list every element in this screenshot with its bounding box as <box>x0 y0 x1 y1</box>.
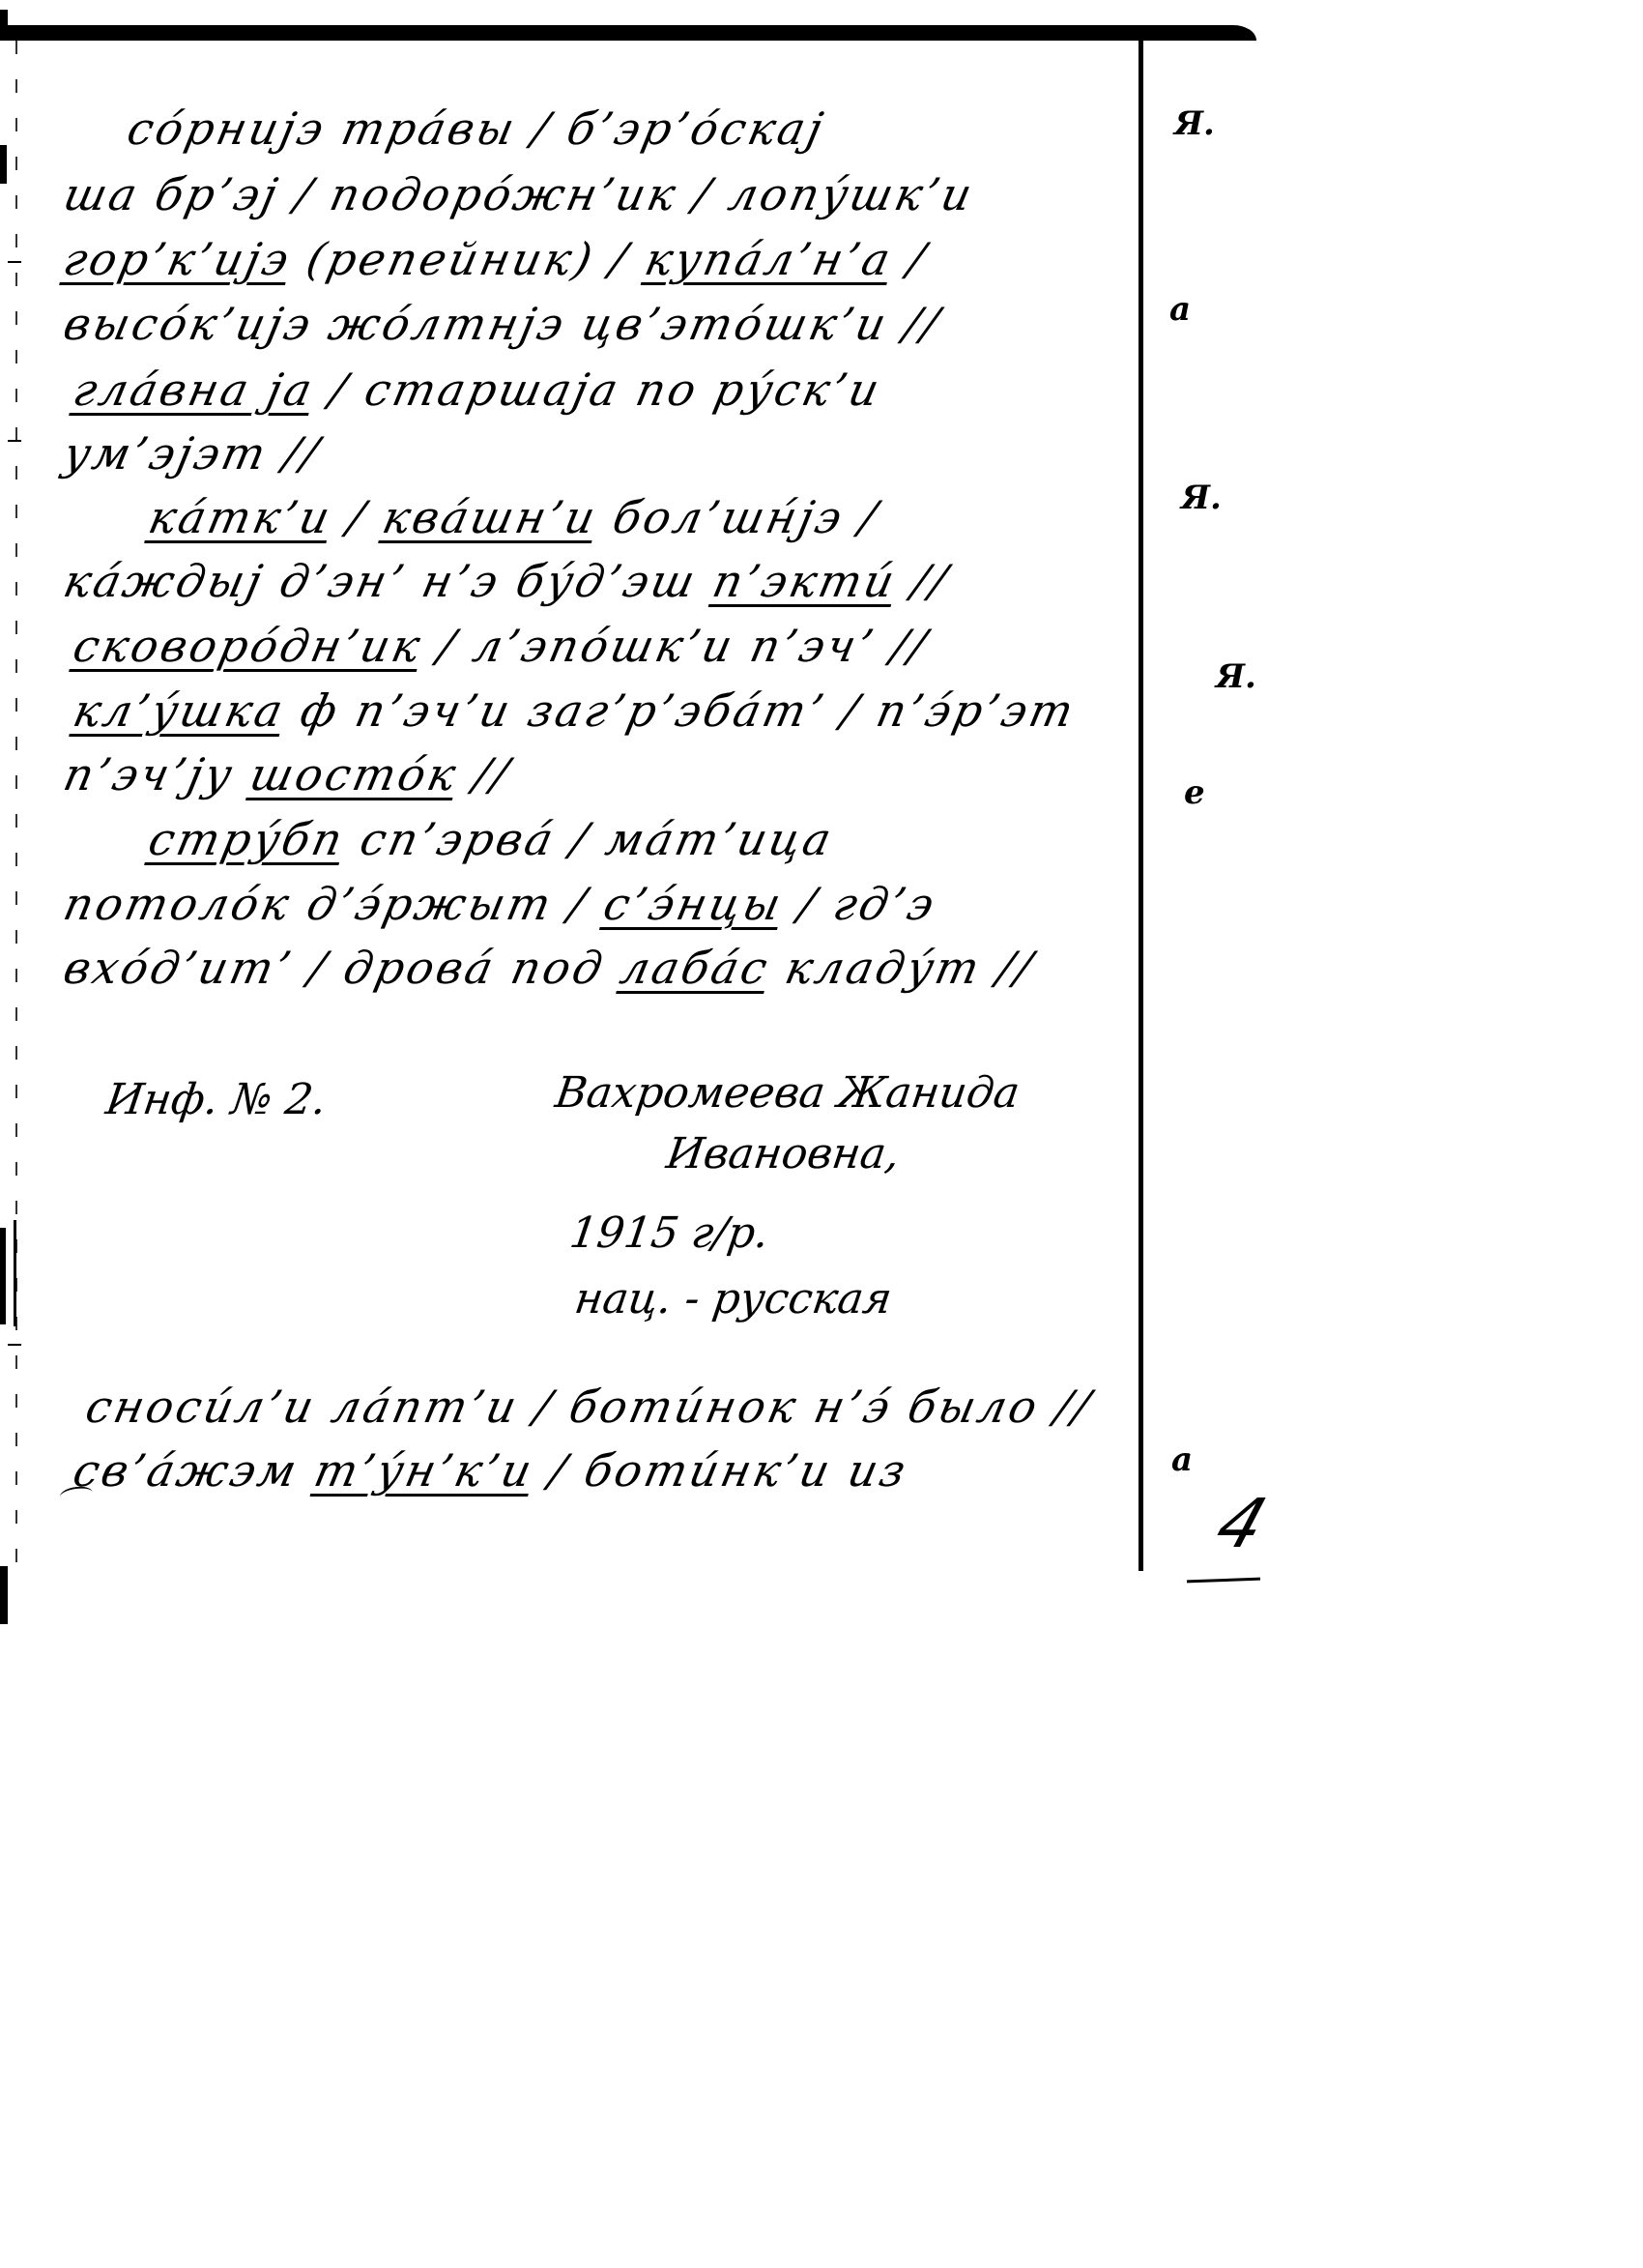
line-text: со́рнијэ тра́вы / б’эр’о́скаj <box>123 102 830 155</box>
scan-edge-mark <box>0 145 7 184</box>
line-text: сп’эрва́ / ма́т’ица <box>338 813 838 865</box>
underlined-term: кл’у́шка <box>69 684 290 737</box>
line-text: ум’эjэт // <box>59 427 326 480</box>
scan-tick <box>8 1344 21 1346</box>
underlined-term: купа́л’н’а <box>641 233 898 285</box>
informant-name-line1: Вахромеева Жанида <box>552 1068 1023 1118</box>
transcript-line: гла́вна ja / старшаjа по ру́ск’и <box>70 367 885 412</box>
scan-tick <box>8 261 21 263</box>
margin-mark: е <box>1184 773 1205 812</box>
right-margin-rule <box>1139 39 1143 1571</box>
margin-mark: а <box>1171 1440 1193 1479</box>
underlined-term: шосто́к <box>245 748 463 800</box>
underlined-term: ка́тк’и <box>144 491 337 543</box>
line-text: // <box>890 555 954 607</box>
line-text: (репейник) / <box>285 233 651 285</box>
line-text: сноси́л’и ла́пт’и / боти́нок н’э́ было /… <box>81 1381 1097 1433</box>
line-text: кладу́т // <box>764 942 1039 994</box>
transcript-line: сноси́л’и ла́пт’и / боти́нок н’э́ было /… <box>82 1384 1097 1429</box>
informant-nationality: нац. - русская <box>571 1274 895 1323</box>
transcript-line: кл’у́шка ф п’эч’и заг’р’эба́т’ / п’э́р’э… <box>70 688 1080 733</box>
tilde-mark <box>59 1485 94 1505</box>
line-text: / боти́нк’и из <box>528 1444 913 1497</box>
transcript-line: со́рнијэ тра́вы / б’эр’о́скаj <box>124 106 829 151</box>
scan-edge-mark <box>14 1220 16 1326</box>
transcript-line: сковоро́дн’ик / л’эпо́шк’и п’эч’ // <box>70 624 933 668</box>
transcript-line: вхо́д’ит’ / дрова́ под лаба́с кладу́т // <box>60 945 1039 990</box>
informant-label: Инф. № 2. <box>102 1075 330 1124</box>
line-text: ка́ждыj д’эн’ н’э бу́д’эш <box>59 555 719 607</box>
line-text: / гд’э <box>777 878 941 930</box>
line-text: бол’шн́jэ / <box>591 491 884 543</box>
line-text: / старшаjа по ру́ск’и <box>308 363 886 416</box>
line-text: св’а́жэм <box>69 1444 321 1497</box>
underlined-term: п’экти́ <box>708 555 902 607</box>
page-number-underline <box>1187 1578 1260 1584</box>
transcript-line: ка́тк’и / ква́шн’и бол’шн́jэ / <box>145 495 883 539</box>
informant-birth-year: 1915 г/р. <box>566 1208 771 1258</box>
line-text: / л’эпо́шк’и п’эч’ // <box>417 620 934 672</box>
margin-mark: а <box>1169 290 1191 329</box>
underlined-term: гла́вна ja <box>69 363 319 416</box>
line-text: потоло́к д’э́ржыт / <box>59 878 610 930</box>
underlined-term: лаба́с <box>616 942 774 994</box>
underlined-term: ква́шн’и <box>378 491 602 543</box>
scanned-page: со́рнијэ тра́вы / б’эр’о́скаj ша бр’эj /… <box>0 0 1643 2268</box>
underlined-term: с’э́нцы <box>599 878 788 930</box>
transcript-line: св’а́жэм т’у́н’к’и / боти́нк’и из <box>70 1448 912 1493</box>
margin-mark: Я. <box>1216 657 1256 696</box>
transcript-line: п’эч’jу шосто́к // <box>60 752 515 797</box>
line-text: // <box>452 748 516 800</box>
margin-mark: Я. <box>1181 479 1222 517</box>
line-text: высо́к’иjэ жо́лтнjэ цв’это́шк’и // <box>59 298 946 350</box>
line-text: вхо́д’ит’ / дрова́ под <box>59 942 626 994</box>
underlined-term: т’у́н’к’и <box>310 1444 539 1497</box>
underlined-term: сковоро́дн’ик <box>69 620 427 672</box>
transcript-line: ум’эjэт // <box>60 431 325 476</box>
line-text: ф п’эч’и заг’р’эба́т’ / п’э́р’эт <box>279 684 1081 737</box>
page-number: 4 <box>1207 1484 1276 1563</box>
scan-tick <box>8 440 21 442</box>
informant-name-line2: Ивановна, <box>663 1129 903 1178</box>
transcript-line: ка́ждыj д’эн’ н’э бу́д’эш п’экти́ // <box>60 559 954 603</box>
scan-edge-mark <box>0 1566 8 1624</box>
transcript-line: ша бр’эj / подоро́жн’ик / лопу́шк’и <box>60 172 978 217</box>
underlined-term: гор’к’иjэ <box>59 233 296 285</box>
scan-edge-mark <box>0 1228 6 1324</box>
margin-mark: Я. <box>1174 104 1215 143</box>
transcript-line: потоло́к д’э́ржыт / с’э́нцы / гд’э <box>60 882 940 926</box>
transcript-line: гор’к’иjэ (репейник) / купа́л’н’а / <box>60 237 932 281</box>
line-text: п’эч’jу <box>59 748 256 800</box>
underlined-term: стру́бп <box>144 813 350 865</box>
transcript-line: высо́к’иjэ жо́лтнjэ цв’это́шк’и // <box>60 302 945 346</box>
line-text: ша бр’эj / подоро́жн’ик / лопу́шк’и <box>59 168 979 220</box>
left-margin-rule <box>15 41 17 1568</box>
top-border-rule <box>0 25 1256 41</box>
transcript-line: стру́бп сп’эрва́ / ма́т’ица <box>145 817 838 861</box>
